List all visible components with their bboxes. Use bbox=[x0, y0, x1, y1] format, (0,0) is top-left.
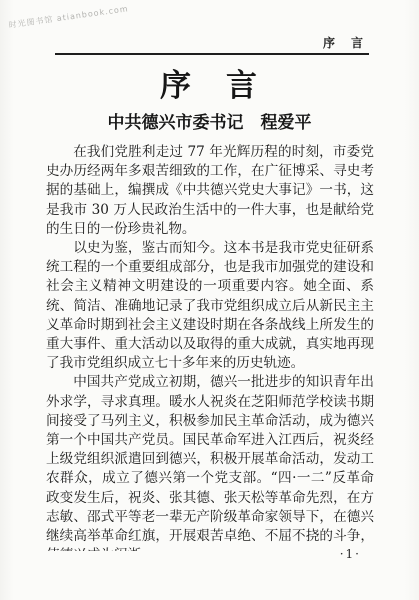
paragraph-1: 在我们党胜利走过 77 年光辉历程的时刻，市委党史办历经两年多艰苦细致的工作，在… bbox=[46, 143, 374, 239]
author-line: 中共德兴市委书记 程爱平 bbox=[0, 108, 419, 133]
running-header: 序 言 bbox=[323, 34, 365, 51]
page-title: 序 言 bbox=[0, 60, 419, 105]
paragraph-2: 以史为鉴，鉴古而知今。这本书是我市党史征研系统工程的一个重要组成部分，也是我市加… bbox=[46, 239, 374, 373]
body-text: 在我们党胜利走过 77 年光辉历程的时刻，市委党史办历经两年多艰苦细致的工作，在… bbox=[46, 143, 374, 551]
book-page: 时光图书馆 atianbook.com 序 言 序 言 中共德兴市委书记 程爱平… bbox=[0, 0, 419, 600]
header-rule bbox=[55, 53, 369, 55]
page-number: ·1· bbox=[340, 547, 361, 561]
paragraph-3: 中国共产党成立初期，德兴一批进步的知识青年出外求学，寻求真理。暖水人祝炎在芝阳师… bbox=[46, 373, 374, 551]
watermark-text: 时光图书馆 atianbook.com bbox=[8, 3, 129, 31]
